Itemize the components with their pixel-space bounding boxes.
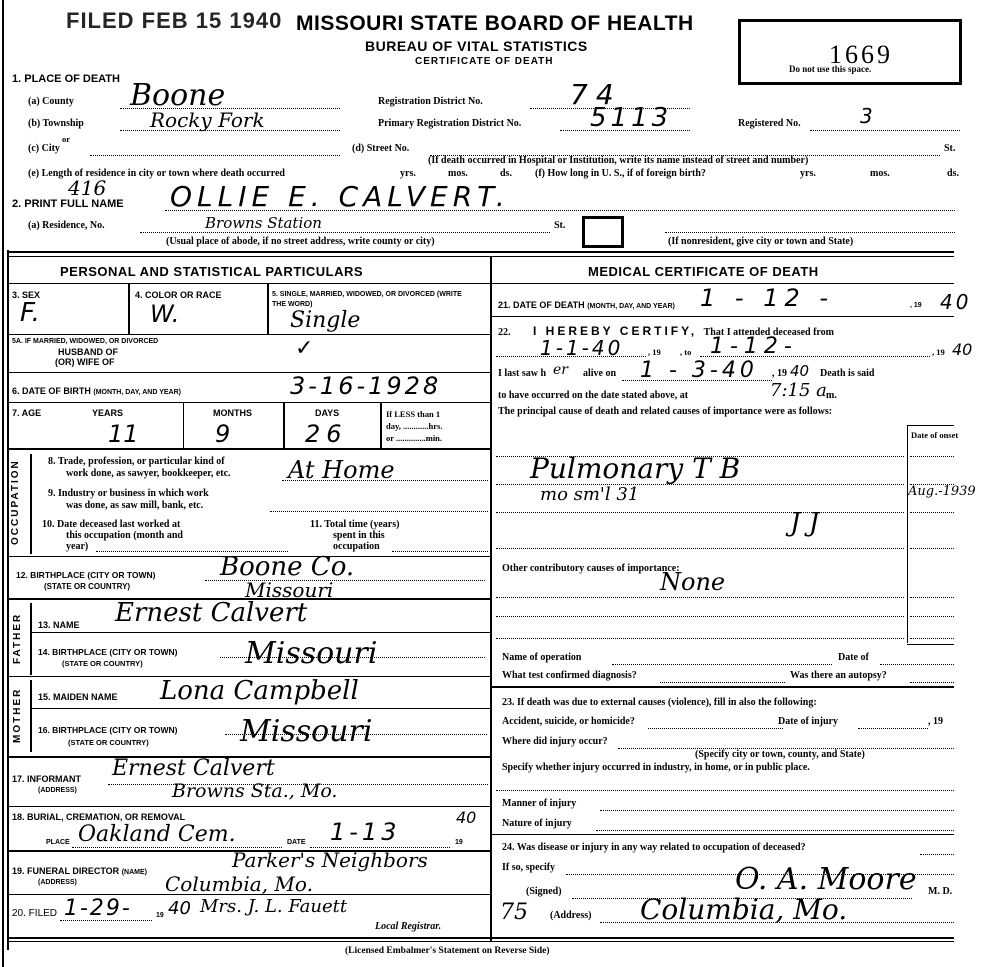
burial-date-label: DATE [287,839,306,846]
header-divider [8,251,954,253]
informant-address-label: (ADDRESS) [38,787,77,794]
personal-title-rule [8,283,490,284]
mother-side-label: MOTHER [12,680,28,750]
center-divider [490,256,492,942]
residence-line [140,232,550,233]
row-rule-1 [8,334,490,335]
contributory-value[interactable]: None [660,568,725,596]
dob-label: 6. DATE OF BIRTH (MONTH, DAY, AND YEAR) [12,386,181,396]
marital-label: 5. SINGLE, MARRIED, WIDOWED, OR DIVORCED… [272,290,472,310]
race-label: 4. COLOR OR RACE [135,290,222,300]
trade-value[interactable]: At Home [288,456,395,484]
address-value[interactable]: Columbia, Mo. [640,893,847,926]
father-birthplace-value[interactable]: Missouri [245,636,377,671]
funeral-label: 19. FUNERAL DIRECTOR (NAME) [12,866,147,876]
city-label: (c) City [28,143,60,154]
last-saw-pronoun[interactable]: er [553,362,568,378]
marital-label-text: 5. SINGLE, MARRIED, WIDOWED, OR DIVORCED… [272,291,462,308]
onset-line-5 [910,597,954,598]
filed-stamp-text: FILED FEB 15 1940 [66,8,282,33]
accident-line [648,728,783,729]
maiden-label: 15. MAIDEN NAME [38,692,118,702]
length-yrs: yrs. [400,168,416,179]
certify-num: 22. [498,327,511,338]
age-divider-2 [283,403,285,448]
residence-note-left: (Usual place of abode, if no street addr… [166,236,435,247]
funeral-name-label: (NAME) [122,869,147,876]
specify-line [496,790,954,791]
mother-birthplace-value[interactable]: Missouri [240,714,372,749]
occupation-side-rule [30,454,32,554]
medical-rule-1 [492,316,954,317]
cause-line-3-rule [496,512,904,513]
onset-line-3 [910,512,954,513]
onset-column-top [907,425,954,426]
last-saw-value[interactable]: 1 - 3-40 [640,358,758,383]
attended-to-label: , to [680,347,691,357]
onset-column-bottom [907,644,954,645]
filed-label: 20. FILED [12,908,57,919]
nature-label: Nature of injury [502,818,572,829]
where-label: Where did injury occur? [502,736,608,747]
father-name-value[interactable]: Ernest Calvert [115,598,307,628]
medical-rule-2 [492,686,954,688]
residence-value[interactable]: Browns Station [205,214,322,232]
principal-cause-label: The principal cause of death and related… [498,406,832,417]
burial-label: 18. BURIAL, CREMATION, OR REMOVAL [12,812,185,822]
informant-name-value[interactable]: Ernest Calvert [112,756,275,781]
age-divider-3 [380,403,382,448]
burial-year-value[interactable]: 40 [456,808,476,827]
less-label-2: day, ............hrs. [386,421,442,431]
place-of-death-label: 1. PLACE OF DEATH [12,73,120,85]
registered-no-value[interactable]: 3 [860,104,873,128]
father-birthplace-label-1: 14. BIRTHPLACE (CITY OR TOWN) [38,647,177,657]
days-label: DAYS [315,408,339,418]
last-worked-label-2: this occupation (month and [66,530,183,541]
township-label: (b) Township [28,118,84,129]
cause-line-1[interactable]: Pulmonary T B [530,452,740,485]
death-said-label: Death is said [820,368,874,379]
sex-divider [128,284,130,334]
address-label: (Address) [550,910,591,921]
informant-address-value[interactable]: Browns Sta., Mo. [172,780,337,802]
signed-label: (Signed) [526,886,562,897]
primary-reg-label: Primary Registration District No. [378,118,521,129]
form-title: CERTIFICATE OF DEATH [415,56,554,67]
burial-place-value[interactable]: Oakland Cem. [78,822,236,847]
last-worked-label-1: 10. Date deceased last worked at [42,519,180,530]
injury-year-prefix: , 19 [928,716,943,727]
dob-label-text: 6. DATE OF BIRTH [12,386,91,396]
date-of-death-year[interactable]: 40 [940,290,971,314]
funeral-address-label: (ADDRESS) [38,879,77,886]
months-label: MONTHS [213,408,252,418]
foreign-label: (f) How long in U. S., if of foreign bir… [535,168,706,179]
length-mos: mos. [448,168,468,179]
if-so-label: If so, specify [502,862,555,873]
occupation-side-label: OCCUPATION [10,452,26,552]
attended-year-prefix: , 19 [932,347,945,357]
last-saw-label: I last saw h [498,368,546,379]
residence-suffix: St. [554,220,565,231]
date-of-death-label: 21. DATE OF DEATH (MONTH, DAY, AND YEAR) [498,300,675,310]
marital-value[interactable]: Single [290,308,360,333]
spouse-value[interactable]: ✓ [295,336,313,361]
time-suffix: m. [826,390,837,401]
father-birthplace-label-2: (STATE OR COUNTRY) [62,659,143,668]
township-value[interactable]: Rocky Fork [150,108,265,132]
left-border-inner [7,250,9,950]
primary-reg-value[interactable]: 5113 [590,103,672,133]
manner-label: Manner of injury [502,798,576,809]
mother-birthplace-label-1: 16. BIRTHPLACE (CITY OR TOWN) [38,725,177,735]
test-label: What test confirmed diagnosis? [502,670,637,681]
md-label: M. D. [928,886,952,897]
nonresident-checkbox[interactable] [582,216,624,248]
attended-sep-19: , 19 [648,347,661,357]
foreign-mos: mos. [870,168,890,179]
filed-registrar-label: Local Registrar. [375,921,441,932]
total-time-line [392,551,488,552]
document-subtitle: BUREAU OF VITAL STATISTICS [365,38,588,54]
operation-date-label: Date of [838,652,869,663]
autopsy-line [910,682,954,683]
onset-value[interactable]: Aug.-1939 [908,484,976,499]
sex-value[interactable]: F. [20,298,40,328]
residence-label: (a) Residence, No. [28,220,105,231]
do-not-use-label: Do not use this space. [789,64,871,74]
city-line [90,155,340,156]
trade-label-2: work done, as sawyer, bookkeeper, etc. [66,468,231,479]
attended-year[interactable]: 40 [952,340,972,359]
date-of-death-year-prefix: , 19 [910,302,922,309]
row-rule-3 [8,402,490,403]
filed-year-prefix: 19 [156,912,164,919]
months-value[interactable]: 9 [215,420,230,448]
burial-date-value[interactable]: 1-13 [330,818,400,846]
residence-note-right: (If nonresident, give city or town and S… [668,236,853,247]
reg-district-label: Registration District No. [378,96,483,107]
attended-from-value[interactable]: 1-1-40 [540,336,623,360]
injury-date-line [858,728,928,729]
occurred-label: to have occurred on the date stated abov… [498,390,688,401]
header-divider-2 [8,256,954,257]
funeral-name-value[interactable]: Parker's Neighbors [232,848,428,872]
time-value[interactable]: 7:15 a [770,380,827,401]
cert-number-box: 1669 Do not use this space. [738,19,962,85]
industry-line [270,511,488,512]
registered-no-line [810,130,960,131]
less-label-3: or ..............min. [386,433,442,443]
father-side-label: FATHER [12,603,28,673]
date-of-death-sublabel: (MONTH, DAY, AND YEAR) [587,303,675,310]
bottom-rule-1 [8,937,954,939]
length-residence-label: (e) Length of residence in city or town … [28,168,285,179]
street-suffix: St. [944,143,955,154]
autopsy-label: Was there an autopsy? [790,670,887,681]
row-rule-11 [8,894,490,895]
onset-line-6 [910,616,954,617]
funeral-label-text: 19. FUNERAL DIRECTOR [12,866,119,876]
mother-rule [32,708,490,709]
left-border [2,0,4,967]
margin-note-416: 416 [68,176,106,200]
industry-label-1: 9. Industry or business in which work [48,488,209,499]
age-divider-1 [183,403,184,448]
onset-column-rule [907,425,908,643]
signed-value[interactable]: O. A. Moore [735,862,917,897]
contributory-line-2 [496,616,904,617]
contributory-line-3 [496,638,904,639]
row-rule-9 [8,806,490,807]
cause-line-4-rule [496,548,904,549]
contributory-label: Other contributory causes of importance: [502,563,680,574]
foreign-ds: ds. [947,168,959,179]
father-name-label: 13. NAME [38,620,80,630]
funeral-address-value[interactable]: Columbia, Mo. [165,872,313,896]
document-title: MISSOURI STATE BOARD OF HEALTH [296,12,694,36]
onset-label: Date of onset [911,430,999,440]
attended-to-value[interactable]: 1-12- [710,334,798,359]
medical-rule-3 [492,834,954,835]
operation-label: Name of operation [502,652,581,663]
dob-value[interactable]: 3-16-1928 [290,372,441,400]
mother-birthplace-label-2: (STATE OR COUNTRY) [68,738,149,747]
trade-label-1: 8. Trade, profession, or particular kind… [48,456,225,467]
row-rule-4 [8,448,490,450]
onset-line-1 [910,456,954,457]
specify-label: Specify whether injury occurred in indus… [502,762,810,773]
alive-on-label: alive on [583,368,616,379]
date-of-death-label-text: 21. DATE OF DEATH [498,300,585,310]
injury-date-label: Date of injury [778,716,838,727]
nonresident-line [665,232,955,233]
mother-side-rule [30,680,32,752]
margin-note-75: 75 [500,900,528,925]
test-line [660,682,785,683]
less-label-1: If LESS than 1 [386,409,440,419]
filed-registrar-value[interactable]: Mrs. J. L. Fauett [200,896,347,917]
years-label: YEARS [92,408,123,418]
burial-place-label: PLACE [46,839,70,846]
last-saw-year-prefix: , 19 [772,368,787,379]
total-time-label-3: occupation [333,541,380,552]
footer-note: (Licensed Embalmer's Statement on Revers… [345,946,549,956]
race-divider [267,284,269,334]
filed-date-value[interactable]: 1-29- [64,896,132,921]
spouse-label-2: HUSBAND OF [58,347,118,357]
county-label: (a) County [28,96,74,107]
nature-line [596,830,954,831]
date-of-death-value[interactable]: 1 - 12 - [700,284,834,312]
length-ds: ds. [500,168,512,179]
cause-line-3[interactable]: J J [790,508,819,538]
last-saw-year[interactable]: 40 [790,362,809,380]
years-value[interactable]: 11 [108,420,139,448]
occupation-related-line [920,854,954,855]
street-note: (If death occurred in Hospital or Instit… [428,155,808,166]
manner-line [600,810,954,811]
burial-year-prefix: 19 [455,839,463,846]
last-worked-label-3: year) [66,541,88,552]
foreign-yrs: yrs. [800,168,816,179]
filed-year-value[interactable]: 40 [168,898,191,919]
maiden-value[interactable]: Lona Campbell [160,676,359,706]
medical-section-title: MEDICAL CERTIFICATE OF DEATH [588,264,819,279]
industry-label-2: was done, as saw mill, bank, etc. [66,500,203,511]
age-label: 7. AGE [12,408,41,418]
total-time-label-2: spent in this [333,530,385,541]
dob-sublabel: (MONTH, DAY, AND YEAR) [93,389,181,396]
operation-line [612,664,832,665]
accident-label: Accident, suicide, or homicide? [502,716,635,727]
birthplace-label-1: 12. BIRTHPLACE (CITY OR TOWN) [16,570,155,580]
onset-line-7 [910,638,954,639]
external-label: 23. If death was due to external causes … [502,697,817,708]
days-value[interactable]: 26 [305,420,348,448]
race-value[interactable]: W. [150,300,179,328]
informant-label: 17. INFORMANT [12,774,81,784]
personal-section-title: PERSONAL AND STATISTICAL PARTICULARS [60,264,363,279]
contributory-line-1 [496,597,904,598]
total-time-label-1: 11. Total time (years) [310,519,399,530]
operation-date-line [880,664,954,665]
full-name-value[interactable]: OLLIE E. CALVERT. [170,180,510,213]
birthplace-label-2: (STATE OR COUNTRY) [44,582,130,591]
full-name-label: 2. PRINT FULL NAME [12,198,124,210]
spouse-label-3: (OR) WIFE OF [55,357,115,367]
last-saw-row: I last saw h [498,368,546,379]
or-label: or [62,134,70,144]
spouse-label-1: 5a. IF MARRIED, WIDOWED, OR DIVORCED [12,338,158,345]
filed-stamp: FILED FEB 15 1940 [66,8,282,34]
father-rule [32,632,490,633]
registered-no-label: Registered No. [738,118,801,129]
father-side-rule [30,603,32,675]
where-note: (Specify city or town, county, and State… [695,749,865,760]
street-label: (d) Street No. [352,143,409,154]
onset-line-4 [910,548,954,549]
cause-line-2[interactable]: mo sm'l 31 [540,484,639,505]
occupation-related-label: 24. Was disease or injury in any way rel… [502,842,806,853]
bottom-rule-2 [8,941,954,942]
